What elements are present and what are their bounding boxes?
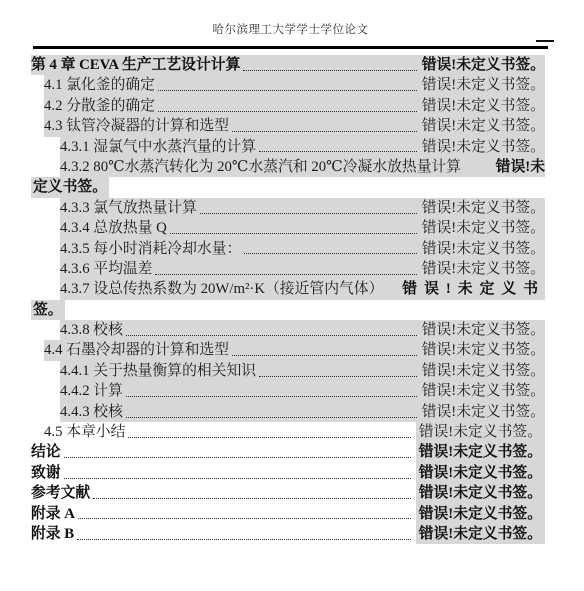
- dot-leader: [64, 478, 411, 479]
- toc-entry-label: 4.2 分散釜的确定: [44, 96, 155, 116]
- header-rule-tick: [536, 40, 554, 42]
- dot-leader: [158, 90, 417, 91]
- toc-entry-wrap-text: 签。: [31, 300, 65, 320]
- error-bookmark-text: 错误!未定义书签。: [416, 422, 545, 442]
- dot-leader: [64, 457, 411, 458]
- toc-entry[interactable]: 参考文献错误!未定义书签。: [31, 483, 545, 503]
- toc-entry-label: 附录 B: [31, 524, 74, 544]
- toc-entry-label: 结论: [31, 442, 61, 462]
- error-bookmark-text: 错误!未定义书签。: [422, 55, 545, 75]
- toc-entry[interactable]: 4.3.7 设总传热系数为 20W/m²·K（接近管内气体）错误!未定义书: [60, 279, 545, 299]
- toc-entry-label: 4.4.1 关于热量衡算的相关知识: [60, 361, 256, 381]
- error-bookmark-text: 错误!未: [496, 157, 545, 177]
- error-bookmark-text: 错误!未定义书签。: [422, 340, 545, 360]
- document-page: 哈尔滨理工大学学士学位论文 第 4 章 CEVA 生产工艺设计计算错误!未定义书…: [0, 0, 584, 591]
- toc-entry[interactable]: 致谢错误!未定义书签。: [31, 463, 545, 483]
- dot-leader: [126, 335, 417, 336]
- error-bookmark-text: 错误!未定义书签。: [422, 198, 545, 218]
- toc-entry-label: 4.4.3 校核: [60, 402, 123, 422]
- dot-leader: [232, 355, 417, 356]
- toc-entry-label: 4.3.5 每小时消耗冷却水量：: [60, 239, 241, 259]
- toc-entry[interactable]: 结论错误!未定义书签。: [31, 442, 545, 462]
- error-bookmark-text: 错误!未定义书签。: [422, 116, 545, 136]
- toc-entry[interactable]: 4.4 石墨冷却器的计算和选型错误!未定义书签。: [44, 340, 545, 360]
- toc-entry-label: 4.5 本章小结: [44, 422, 125, 442]
- error-bookmark-text: 错误!未定义书签。: [422, 239, 545, 259]
- dot-leader: [126, 417, 417, 418]
- toc-entry[interactable]: 4.4.3 校核错误!未定义书签。: [60, 402, 545, 422]
- dot-leader: [77, 539, 411, 540]
- error-bookmark-text: 错误!未定义书签。: [416, 524, 545, 544]
- dot-leader: [170, 233, 417, 234]
- toc-entry[interactable]: 4.3.5 每小时消耗冷却水量：错误!未定义书签。: [60, 239, 545, 259]
- toc-entry[interactable]: 4.3.1 湿氯气中水蒸汽量的计算错误!未定义书签。: [60, 137, 545, 157]
- toc-entry-label: 4.1 氯化釜的确定: [44, 75, 155, 95]
- page-header-title: 哈尔滨理工大学学士学位论文: [33, 23, 548, 38]
- error-bookmark-text: 错误!未定义书签。: [422, 381, 545, 401]
- toc-entry[interactable]: 定义书签。: [31, 177, 545, 197]
- toc-entry-label: 致谢: [31, 463, 61, 483]
- toc-entry[interactable]: 4.1 氯化釜的确定错误!未定义书签。: [44, 75, 545, 95]
- toc-entry-label: 4.3.4 总放热量 Q: [60, 218, 167, 238]
- toc-entry-label: 4.3.6 平均温差: [60, 259, 152, 279]
- toc-entry-label: 第 4 章 CEVA 生产工艺设计计算: [31, 55, 240, 75]
- toc-entry[interactable]: 附录 A错误!未定义书签。: [31, 504, 545, 524]
- dot-leader: [200, 213, 417, 214]
- toc-list: 第 4 章 CEVA 生产工艺设计计算错误!未定义书签。4.1 氯化釜的确定错误…: [31, 55, 545, 544]
- dot-leader: [128, 437, 410, 438]
- toc-entry[interactable]: 4.4.1 关于热量衡算的相关知识错误!未定义书签。: [60, 361, 545, 381]
- error-bookmark-text: 错误!未定义书: [402, 279, 545, 299]
- toc-entry-label: 4.3.8 校核: [60, 320, 123, 340]
- toc-entry[interactable]: 附录 B错误!未定义书签。: [31, 524, 545, 544]
- error-bookmark-text: 错误!未定义书签。: [422, 218, 545, 238]
- toc-entry[interactable]: 4.3.3 氯气放热量计算错误!未定义书签。: [60, 198, 545, 218]
- toc-entry-label: 4.3 钛管冷凝器的计算和选型: [44, 116, 229, 136]
- error-bookmark-text: 错误!未定义书签。: [422, 259, 545, 279]
- dot-leader: [158, 111, 417, 112]
- dot-leader: [243, 70, 416, 71]
- error-bookmark-text: 错误!未定义书签。: [422, 361, 545, 381]
- dot-leader: [126, 396, 417, 397]
- error-bookmark-text: 错误!未定义书签。: [416, 483, 545, 503]
- toc-entry[interactable]: 4.3.2 80℃水蒸汽转化为 20℃水蒸汽和 20℃冷凝水放热量计算错误!未: [60, 157, 545, 177]
- toc-entry[interactable]: 第 4 章 CEVA 生产工艺设计计算错误!未定义书签。: [31, 55, 545, 75]
- toc-entry-label: 4.3.3 氯气放热量计算: [60, 198, 197, 218]
- toc-entry[interactable]: 4.3 钛管冷凝器的计算和选型错误!未定义书签。: [44, 116, 545, 136]
- toc-entry-wrap-text: 定义书签。: [31, 177, 109, 197]
- toc-entry[interactable]: 4.3.8 校核错误!未定义书签。: [60, 320, 545, 340]
- error-bookmark-text: 错误!未定义书签。: [416, 442, 545, 462]
- toc-entry-label: 4.3.7 设总传热系数为 20W/m²·K（接近管内气体）: [60, 279, 383, 299]
- dot-leader: [93, 498, 410, 499]
- toc-entry-label: 参考文献: [31, 483, 90, 503]
- error-bookmark-text: 错误!未定义书签。: [422, 96, 545, 116]
- toc-entry[interactable]: 4.3.4 总放热量 Q错误!未定义书签。: [60, 218, 545, 238]
- error-bookmark-text: 错误!未定义书签。: [422, 320, 545, 340]
- error-bookmark-text: 错误!未定义书签。: [422, 75, 545, 95]
- toc-entry[interactable]: 4.2 分散釜的确定错误!未定义书签。: [44, 96, 545, 116]
- toc-entry-label: 4.4.2 计算: [60, 381, 123, 401]
- toc-entry[interactable]: 4.4.2 计算错误!未定义书签。: [60, 381, 545, 401]
- error-bookmark-text: 错误!未定义书签。: [422, 402, 545, 422]
- error-bookmark-text: 错误!未定义书签。: [416, 504, 545, 524]
- toc-entry[interactable]: 签。: [31, 300, 545, 320]
- dot-leader: [78, 518, 411, 519]
- dot-leader: [259, 151, 417, 152]
- header-rule: [33, 46, 548, 49]
- error-bookmark-text: 错误!未定义书签。: [416, 463, 545, 483]
- dot-leader: [155, 274, 416, 275]
- toc-entry[interactable]: 4.5 本章小结错误!未定义书签。: [44, 422, 545, 442]
- dot-leader: [244, 253, 416, 254]
- toc-entry-label: 4.4 石墨冷却器的计算和选型: [44, 340, 229, 360]
- toc-entry-label: 4.3.1 湿氯气中水蒸汽量的计算: [60, 137, 256, 157]
- error-bookmark-text: 错误!未定义书签。: [422, 137, 545, 157]
- toc-entry-label: 附录 A: [31, 504, 75, 524]
- dot-leader: [232, 131, 417, 132]
- toc-entry[interactable]: 4.3.6 平均温差错误!未定义书签。: [60, 259, 545, 279]
- dot-leader: [259, 376, 417, 377]
- toc-entry-label: 4.3.2 80℃水蒸汽转化为 20℃水蒸汽和 20℃冷凝水放热量计算: [60, 157, 461, 177]
